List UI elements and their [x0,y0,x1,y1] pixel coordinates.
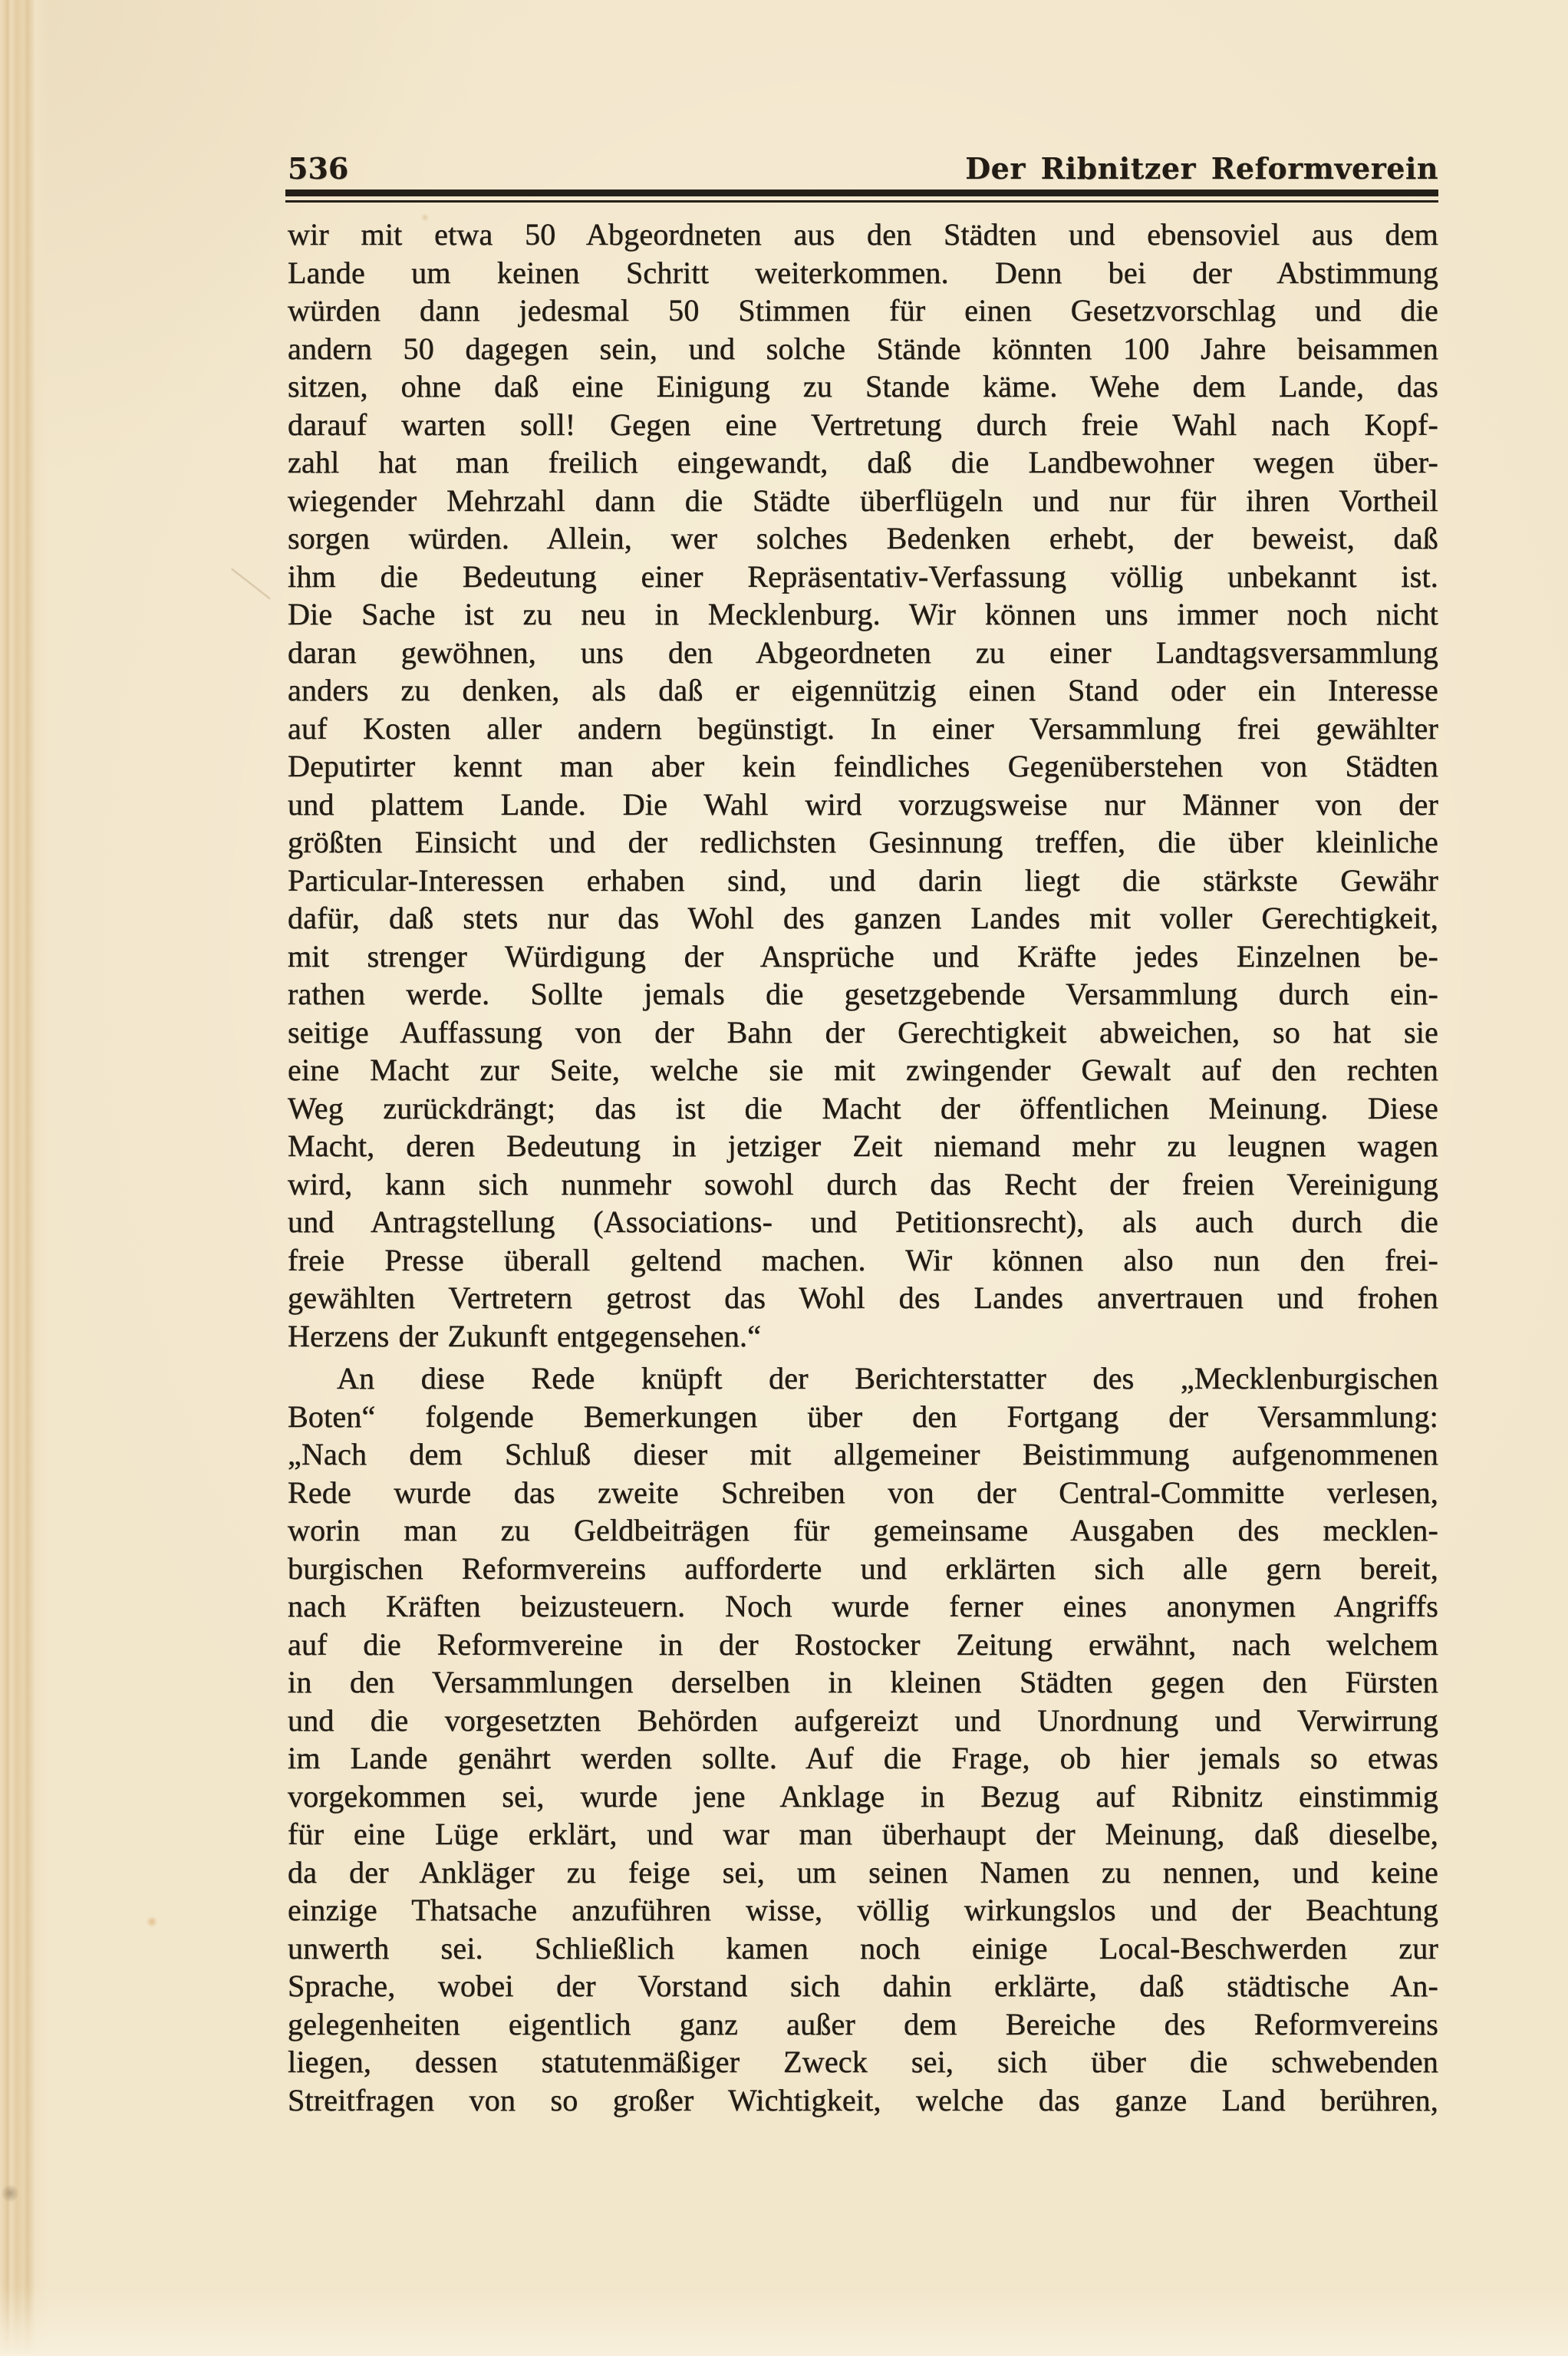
text-line: Particular-Interessen erhaben sind, und … [288,862,1438,900]
text-line: liegen, dessen statutenmäßiger Zweck sei… [288,2043,1438,2081]
text-line: andern 50 dagegen sein, und solche Ständ… [288,330,1438,368]
scanned-book-page: { "page": { "number": "536", "running_he… [0,0,1568,2356]
text-line: unwerth sei. Schließlich kamen noch eini… [288,1929,1438,1968]
text-line: ihm die Bedeutung einer Repräsentativ-Ve… [288,558,1438,596]
running-header: 536 Der Ribnitzer Reformverein [288,152,1438,186]
text-line: nach Kräften beizusteuern. Noch wurde fe… [288,1587,1438,1626]
text-line: da der Ankläger zu feige sei, um seinen … [288,1853,1438,1892]
header-rule-thick [285,189,1438,196]
text-line: Macht, deren Bedeutung in jetziger Zeit … [288,1127,1438,1165]
text-line: Sprache, wobei der Vorstand sich dahin e… [288,1967,1438,2005]
text-line: Die Sache ist zu neu in Mecklenburg. Wir… [288,595,1438,634]
text-line: und die vorgesetzten Behörden aufgereizt… [288,1702,1438,1740]
text-line: auf die Reformvereine in der Rostocker Z… [288,1626,1438,1664]
text-line: Boten“ folgende Bemerkungen über den For… [288,1398,1438,1436]
text-line: eine Macht zur Seite, welche sie mit zwi… [288,1051,1438,1089]
text-line: und plattem Lande. Die Wahl wird vorzugs… [288,786,1438,824]
running-title: Der Ribnitzer Reformverein [965,152,1438,186]
text-line: rathen werde. Sollte jemals die gesetzge… [288,975,1438,1013]
text-line: zahl hat man freilich eingewandt, daß di… [288,443,1438,482]
text-line: in den Versammlungen derselben in kleine… [288,1663,1438,1702]
paragraph-1: wir mit etwa 50 Abgeordneten aus den Stä… [288,216,1438,1355]
text-line: sitzen, ohne daß eine Einigung zu Stande… [288,367,1438,406]
text-line: wiegender Mehrzahl dann die Städte überf… [288,482,1438,520]
text-line: einzige Thatsache anzuführen wisse, völl… [288,1891,1438,1929]
text-line: burgischen Reformvereins aufforderte und… [288,1550,1438,1588]
text-line: Rede wurde das zweite Schreiben von der … [288,1474,1438,1512]
text-line: Streitfragen von so großer Wichtigkeit, … [288,2081,1438,2120]
text-line: seitige Auffassung von der Bahn der Gere… [288,1013,1438,1052]
text-line: und Antragstellung (Associations- und Pe… [288,1203,1438,1241]
text-line: freie Presse überall geltend machen. Wir… [288,1241,1438,1280]
text-line: wird, kann sich nunmehr sowohl durch das… [288,1165,1438,1204]
text-line: Herzens der Zukunft entgegensehen.“ [288,1317,1438,1356]
scan-scratch [231,568,271,600]
page-number: 536 [288,152,348,186]
text-line: größten Einsicht und der redlichsten Ges… [288,823,1438,862]
foxing-spot [146,1916,158,1927]
text-line: gewählten Vertretern getrost das Wohl de… [288,1279,1438,1317]
corner-smudge [0,2185,20,2202]
text-line: anders zu denken, als daß er eigennützig… [288,671,1438,710]
text-line: im Lande genährt werden sollte. Auf die … [288,1739,1438,1778]
text-line: Deputirter kennt man aber kein feindlich… [288,747,1438,786]
text-line: darauf warten soll! Gegen eine Vertretun… [288,406,1438,444]
text-line: sorgen würden. Allein, wer solches Beden… [288,519,1438,558]
text-line: wir mit etwa 50 Abgeordneten aus den Stä… [288,216,1438,254]
text-line: für eine Lüge erklärt, und war man überh… [288,1815,1438,1853]
text-line: auf Kosten aller andern begünstigt. In e… [288,710,1438,748]
text-line: An diese Rede knüpft der Berichterstatte… [288,1359,1438,1398]
paragraph-2: An diese Rede knüpft der Berichterstatte… [288,1359,1438,2119]
text-line: vorgekommen sei, wurde jene Anklage in B… [288,1778,1438,1816]
text-line: würden dann jedesmal 50 Stimmen für eine… [288,292,1438,330]
text-line: dafür, daß stets nur das Wohl des ganzen… [288,899,1438,937]
text-line: gelegenheiten eigentlich ganz außer dem … [288,2005,1438,2044]
text-line: Lande um keinen Schritt weiterkommen. De… [288,254,1438,292]
text-line: worin man zu Geldbeiträgen für gemeinsam… [288,1511,1438,1550]
page-body-text: wir mit etwa 50 Abgeordneten aus den Stä… [288,216,1438,2119]
text-line: daran gewöhnen, uns den Abgeordneten zu … [288,634,1438,672]
text-line: „Nach dem Schluß dieser mit allgemeiner … [288,1435,1438,1474]
text-line: mit strenger Würdigung der Ansprüche und… [288,937,1438,976]
header-rule-thin [285,200,1438,203]
text-line: Weg zurückdrängt; das ist die Macht der … [288,1089,1438,1128]
